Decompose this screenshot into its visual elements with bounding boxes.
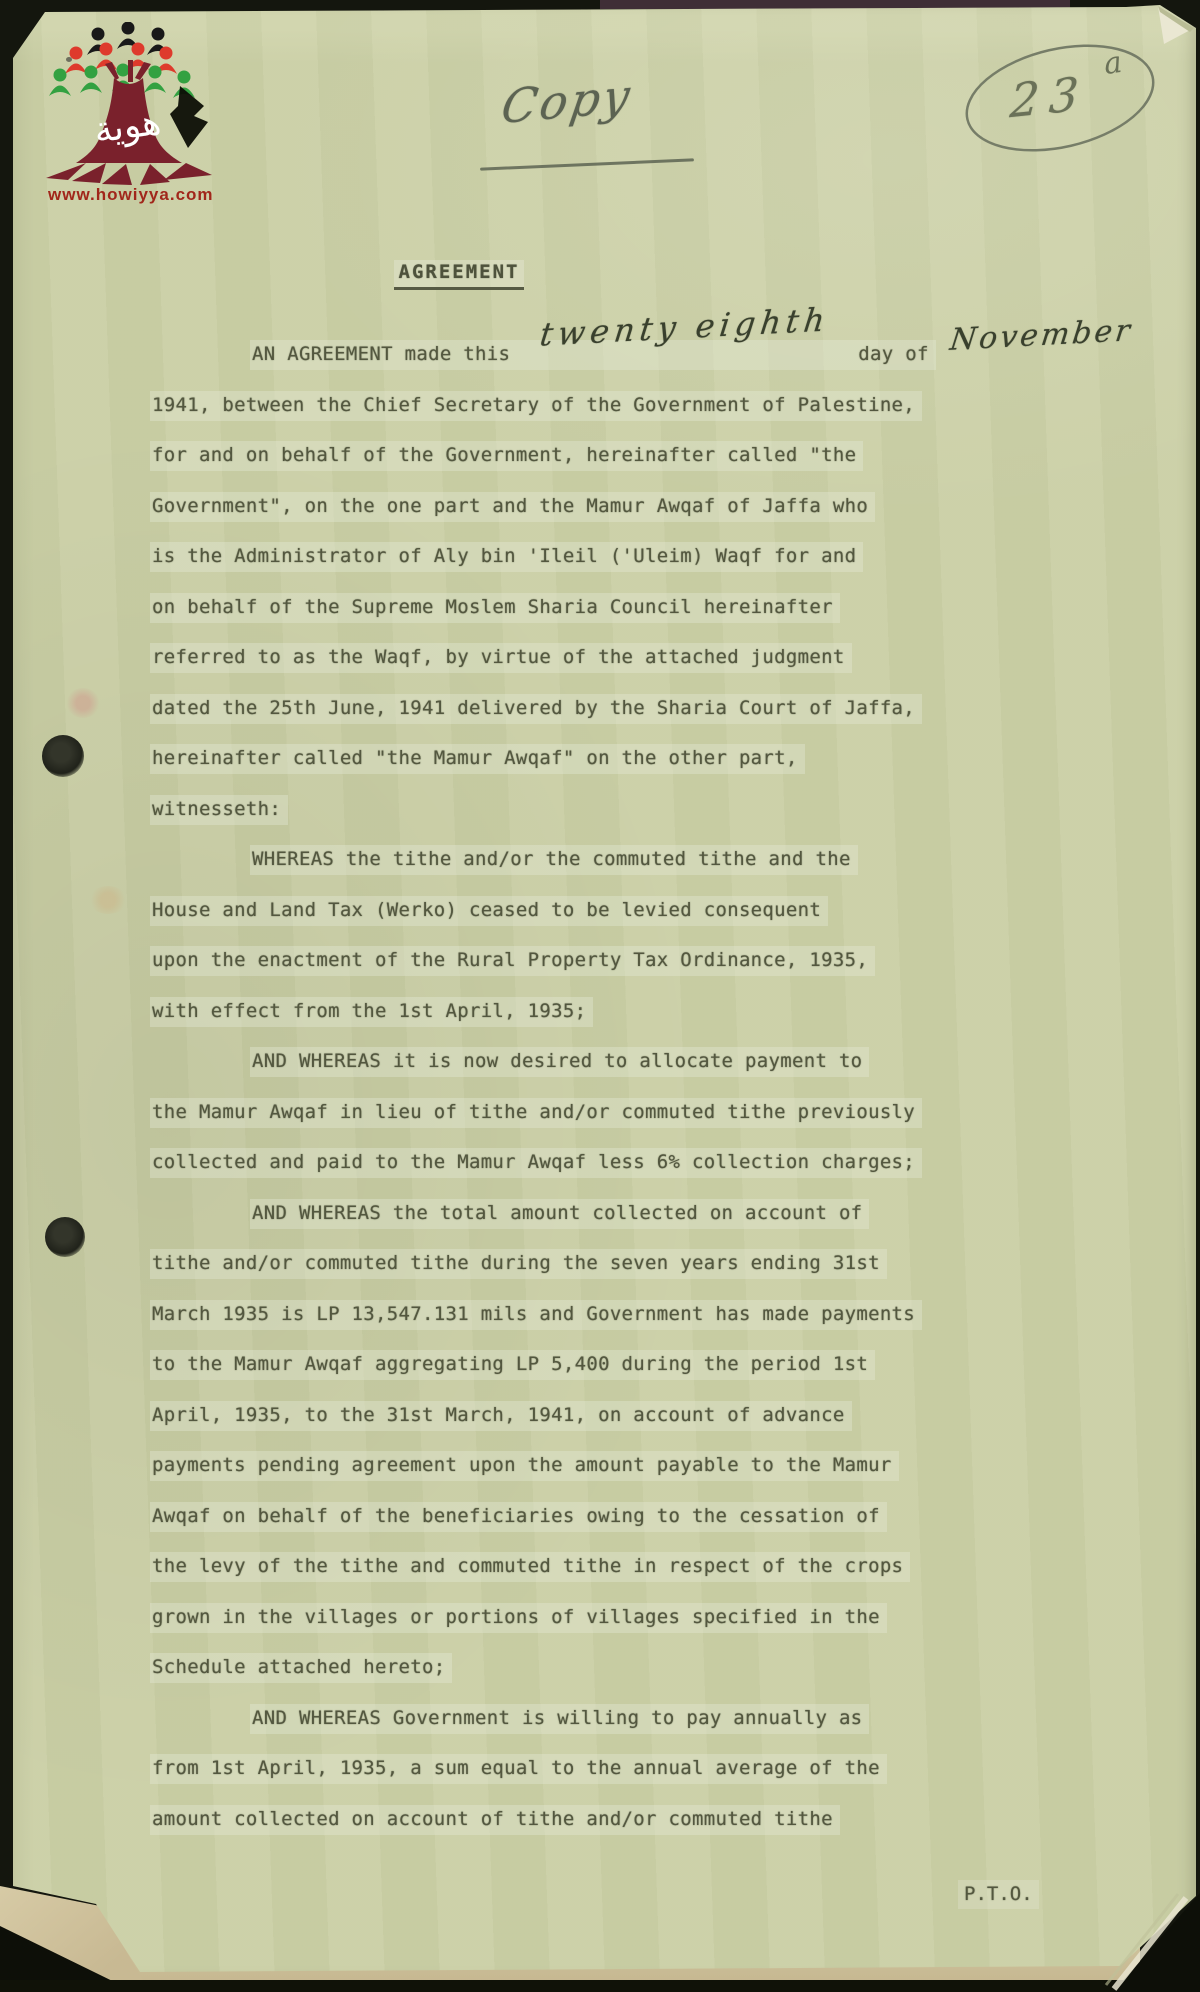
document-line: April, 1935, to the 31st March, 1941, on…: [150, 1401, 852, 1431]
document-line: upon the enactment of the Rural Property…: [150, 946, 875, 976]
document-line: House and Land Tax (Werko) ceased to be …: [150, 896, 828, 926]
ink-blot: [166, 84, 222, 156]
document-line: WHEREAS the tithe and/or the commuted ti…: [250, 845, 858, 875]
document-line: grown in the villages or portions of vil…: [150, 1603, 887, 1633]
page-number-digits: 23: [1008, 66, 1090, 129]
opening-typed-before: AN AGREEMENT made this: [252, 343, 510, 365]
logo-domain-text: www.howiyya.com: [48, 184, 248, 206]
pink-stain: [66, 688, 100, 718]
document-line: AND WHEREAS Government is willing to pay…: [250, 1704, 869, 1734]
document-line: amount collected on account of tithe and…: [150, 1805, 840, 1835]
document-line: to the Mamur Awqaf aggregating LP 5,400 …: [150, 1350, 875, 1380]
document-line: Awqaf on behalf of the beneficiaries owi…: [150, 1502, 887, 1532]
document-line: the Mamur Awqaf in lieu of tithe and/or …: [150, 1098, 922, 1128]
document-line: AND WHEREAS the total amount collected o…: [250, 1199, 869, 1229]
document-line: from 1st April, 1935, a sum equal to the…: [150, 1754, 887, 1784]
pto-label: P.T.O.: [958, 1880, 1039, 1909]
document-line: for and on behalf of the Government, her…: [150, 441, 863, 471]
document-line: referred to as the Waqf, by virtue of th…: [150, 643, 852, 673]
document-line: the levy of the tithe and commuted tithe…: [150, 1552, 910, 1582]
document-line: tithe and/or commuted tithe during the s…: [150, 1249, 887, 1279]
page-number-annotation: 23 a: [952, 30, 1176, 172]
document-title: AGREEMENT: [394, 260, 524, 290]
document-line: March 1935 is LP 13,547.131 mils and Gov…: [150, 1300, 922, 1330]
document-line: Government", on the one part and the Mam…: [150, 492, 875, 522]
document-line: collected and paid to the Mamur Awqaf le…: [150, 1148, 922, 1178]
document-line: Schedule attached hereto;: [150, 1653, 452, 1683]
document-line: hereinafter called "the Mamur Awqaf" on …: [150, 744, 805, 774]
opening-typed-middle: day of: [858, 343, 928, 365]
hole-punch-top: [42, 735, 84, 777]
document-line: witnesseth:: [150, 795, 288, 825]
document-line: with effect from the 1st April, 1935;: [150, 997, 593, 1027]
document-line: on behalf of the Supreme Moslem Sharia C…: [150, 593, 840, 623]
scanned-document-page: هوية www.howiyya.com Copy 23 a AGREEMENT…: [0, 0, 1200, 1992]
logo-people-black: [87, 22, 169, 55]
hole-punch-bottom: [45, 1217, 85, 1257]
document-line: 1941, between the Chief Secretary of the…: [150, 391, 922, 421]
document-line: payments pending agreement upon the amou…: [150, 1451, 899, 1481]
tan-stain: [88, 886, 128, 914]
document-line: AND WHEREAS it is now desired to allocat…: [250, 1047, 869, 1077]
document-line: dated the 25th June, 1941 delivered by t…: [150, 694, 922, 724]
document-line: is the Administrator of Aly bin 'Ileil (…: [150, 542, 863, 572]
